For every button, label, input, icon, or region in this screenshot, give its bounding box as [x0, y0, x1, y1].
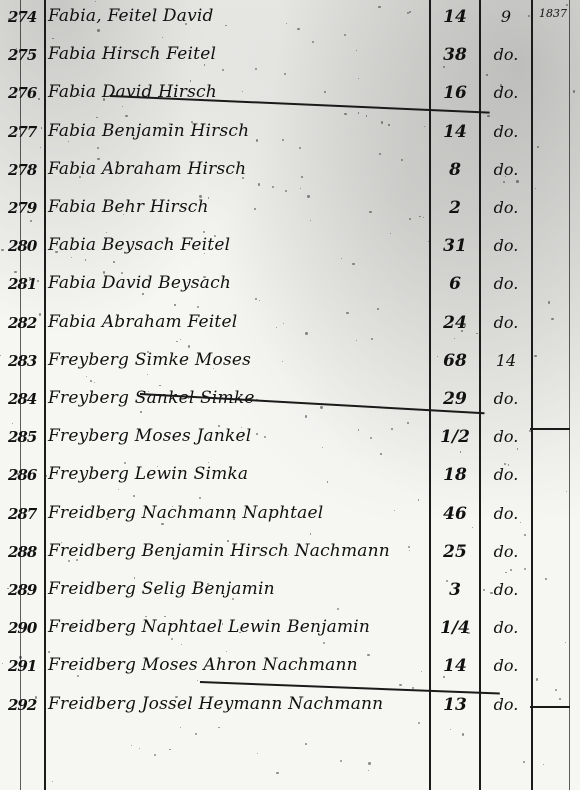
entry-ditto: do. [482, 580, 530, 599]
scan-speck [524, 534, 526, 536]
scan-speck [443, 66, 445, 68]
scan-speck [103, 98, 106, 101]
scan-speck [191, 121, 193, 123]
scan-speck [254, 208, 256, 210]
register-row: 288 Freidberg Benjamin Hirsch Nachmann 2… [0, 539, 580, 576]
scan-speck [204, 64, 205, 65]
scan-speck [113, 261, 115, 263]
entry-age: 13 [432, 695, 478, 715]
scan-speck [258, 183, 261, 186]
entry-number: 280 [8, 237, 44, 255]
scan-speck [486, 74, 488, 76]
entry-name: Freyberg Simke Moses [48, 350, 428, 370]
entry-name: Fabia Hirsch Feitel [48, 44, 428, 64]
register-row: 286 Freyberg Lewin Simka 18 do. [0, 462, 580, 499]
register-row: 280 Fabia Beysach Feitel 31 do. [0, 233, 580, 270]
entry-name: Fabia Behr Hirsch [48, 197, 428, 217]
scan-speck [169, 749, 171, 751]
scan-speck [169, 123, 171, 125]
entry-number: 283 [8, 352, 44, 370]
scan-speck [174, 304, 175, 305]
scan-speck [388, 124, 389, 125]
scan-speck [159, 385, 160, 386]
register-row: 278 Fabia Abraham Hirsch 8 do. [0, 157, 580, 194]
entry-ditto: do. [482, 198, 530, 217]
register-row: 283 Freyberg Simke Moses 68 14 [0, 348, 580, 385]
scan-speck [409, 550, 410, 551]
scan-speck [510, 569, 512, 571]
entry-age: 6 [432, 274, 478, 294]
scan-speck [409, 11, 411, 13]
scan-speck [259, 300, 260, 301]
entry-number: 289 [8, 581, 44, 599]
scan-speck [566, 491, 567, 492]
scan-speck [106, 232, 107, 233]
entry-number: 288 [8, 543, 44, 561]
entry-age: 31 [432, 236, 478, 256]
scan-speck [182, 17, 184, 19]
entry-age: 68 [432, 351, 478, 371]
scan-speck [428, 241, 429, 242]
scan-speck [226, 651, 227, 652]
entry-name: Fabia Beysach Feitel [48, 235, 428, 255]
scan-speck [256, 139, 259, 142]
entry-ditto: do. [482, 427, 530, 446]
scan-speck [227, 540, 228, 541]
scan-speck [257, 753, 258, 754]
register-row: 289 Freidberg Selig Benjamin 3 do. [0, 577, 580, 614]
scan-speck [218, 727, 219, 728]
entry-name: Fabia Abraham Feitel [48, 312, 428, 332]
entry-ditto: do. [482, 695, 530, 714]
entry-ditto: do. [482, 465, 530, 484]
scan-speck [118, 489, 119, 490]
entry-ditto: 9 [482, 7, 530, 26]
entry-age: 2 [432, 198, 478, 218]
scan-speck [450, 729, 451, 730]
scan-speck [548, 301, 550, 303]
scan-speck [367, 654, 370, 657]
entry-name: Fabia Abraham Hirsch [48, 159, 428, 179]
entry-name: Freidberg Moses Ahron Nachmann [48, 655, 428, 675]
remark-tick-291 [530, 706, 570, 708]
scan-speck [487, 115, 489, 117]
register-row: 281 Fabia David Beysach 6 do. [0, 271, 580, 308]
entry-age: 14 [432, 656, 478, 676]
entry-number: 278 [8, 161, 44, 179]
scan-speck [368, 762, 370, 764]
entry-ditto: do. [482, 618, 530, 637]
entry-age: 14 [432, 122, 478, 142]
entry-ditto: do. [482, 504, 530, 523]
entry-ditto: do. [482, 313, 530, 332]
scan-speck [504, 463, 506, 465]
scan-speck [122, 106, 123, 107]
entry-age: 24 [432, 313, 478, 333]
scan-speck [147, 351, 149, 353]
register-page: 274 Fabia, Feitel David 14 9 1837 275 Fa… [0, 0, 580, 790]
scan-speck [369, 211, 371, 213]
entry-name: Freidberg Naphtael Lewin Benjamin [48, 617, 428, 637]
scan-speck [39, 313, 41, 315]
entry-number: 279 [8, 199, 44, 217]
scan-speck [573, 90, 575, 92]
scan-speck [37, 280, 39, 282]
entry-name: Freidberg Selig Benjamin [48, 579, 428, 599]
scan-speck [305, 415, 307, 417]
scan-speck [131, 745, 132, 746]
entry-age: 46 [432, 504, 478, 524]
scan-speck [346, 312, 348, 314]
scan-speck [407, 12, 409, 14]
entry-ditto: do. [482, 542, 530, 561]
scan-speck [307, 195, 309, 197]
scan-speck [380, 453, 382, 455]
register-row: 290 Freidberg Naphtael Lewin Benjamin 1/… [0, 615, 580, 652]
entry-number: 290 [8, 619, 44, 637]
entry-ditto: do. [482, 389, 530, 408]
scan-speck [241, 427, 242, 428]
scan-speck [41, 127, 42, 128]
scan-speck [305, 743, 307, 745]
scan-speck [483, 589, 485, 591]
scan-speck [125, 115, 127, 117]
entry-ditto: do. [482, 45, 530, 64]
register-row: 287 Freidberg Nachmann Naphtael 46 do. [0, 501, 580, 538]
scan-speck [45, 694, 47, 696]
entry-age: 1/2 [432, 427, 478, 447]
scan-speck [337, 608, 339, 610]
entry-age: 3 [432, 580, 478, 600]
scan-speck [523, 761, 525, 763]
scan-speck [529, 430, 531, 432]
entry-ditto: do. [482, 274, 530, 293]
scan-speck [407, 422, 408, 423]
scan-speck [437, 356, 438, 357]
entry-ditto: do. [482, 122, 530, 141]
scan-speck [418, 722, 420, 724]
scan-speck [340, 760, 342, 762]
entry-remark: 1837 [536, 7, 570, 20]
entry-age: 25 [432, 542, 478, 562]
entry-age: 14 [432, 7, 478, 27]
scan-speck [301, 176, 303, 178]
scan-speck [153, 46, 156, 49]
entry-name: Freidberg Jossel Heymann Nachmann [48, 694, 428, 714]
entry-ditto: do. [482, 656, 530, 675]
scan-speck [305, 332, 307, 334]
scan-speck [180, 339, 181, 340]
scan-speck [520, 522, 521, 523]
register-row: 279 Fabia Behr Hirsch 2 do. [0, 195, 580, 232]
scan-speck [320, 406, 322, 408]
scan-speck [55, 251, 57, 253]
scan-speck [401, 159, 403, 161]
scan-speck [185, 23, 187, 25]
scan-speck [97, 29, 99, 31]
entry-number: 287 [8, 505, 44, 523]
scan-speck [543, 764, 544, 765]
scan-speck [187, 282, 188, 283]
entry-name: Freidberg Benjamin Hirsch Nachmann [48, 541, 428, 561]
remark-tick-284 [530, 428, 570, 430]
scan-speck [508, 464, 509, 465]
scan-speck [368, 770, 369, 771]
register-row: 276 Fabia David Hirsch 16 do. [0, 80, 580, 117]
register-row: 275 Fabia Hirsch Feitel 38 do. [0, 42, 580, 79]
scan-speck [139, 748, 140, 749]
scan-speck [95, 1, 96, 2]
register-row: 292 Freidberg Jossel Heymann Nachmann 13… [0, 692, 580, 729]
register-row: 277 Fabia Benjamin Hirsch 14 do. [0, 119, 580, 156]
entry-name: Freyberg Lewin Simka [48, 464, 428, 484]
entry-number: 291 [8, 657, 44, 675]
entry-name: Fabia, Feitel David [48, 6, 428, 26]
scan-speck [467, 632, 469, 634]
scan-speck [276, 772, 279, 775]
entry-number: 284 [8, 390, 44, 408]
entry-ditto: do. [482, 236, 530, 255]
scan-speck [203, 276, 205, 278]
scan-speck [106, 662, 108, 664]
scan-speck [71, 257, 72, 258]
scan-speck [443, 676, 444, 677]
scan-speck [297, 28, 300, 31]
scan-speck [142, 293, 143, 294]
scan-speck [282, 139, 284, 141]
scan-speck [462, 733, 465, 736]
scan-speck [147, 374, 148, 375]
scan-speck [35, 696, 37, 698]
scan-speck [190, 80, 191, 81]
scan-speck [40, 147, 41, 148]
entry-ditto: 14 [482, 351, 530, 370]
register-row: 274 Fabia, Feitel David 14 9 1837 [0, 4, 580, 41]
scan-speck [256, 433, 258, 435]
scan-speck [154, 754, 156, 756]
scan-speck [285, 190, 287, 192]
scan-speck [218, 425, 220, 427]
scan-speck [172, 506, 173, 507]
scan-speck [418, 499, 419, 500]
entry-age: 18 [432, 465, 478, 485]
scan-speck [503, 181, 505, 183]
entry-number: 292 [8, 696, 44, 714]
register-row: 282 Fabia Abraham Feitel 24 do. [0, 310, 580, 347]
entry-age: 8 [432, 160, 478, 180]
scan-speck [1, 249, 4, 252]
scan-speck [195, 733, 197, 735]
scan-speck [559, 698, 561, 700]
entry-number: 277 [8, 123, 44, 141]
entry-number: 281 [8, 275, 44, 293]
scan-speck [61, 319, 63, 321]
entry-number: 285 [8, 428, 44, 446]
register-row: 284 Freyberg Sankel Simke 29 do. [0, 386, 580, 423]
scan-speck [324, 91, 326, 93]
entry-name: Fabia David Beysach [48, 273, 428, 293]
scan-speck [537, 146, 539, 148]
scan-speck [72, 625, 74, 627]
entry-number: 274 [8, 8, 44, 26]
scan-speck [8, 18, 11, 21]
scan-speck [17, 473, 18, 474]
entry-number: 275 [8, 46, 44, 64]
scan-speck [399, 684, 401, 686]
scan-speck [516, 180, 519, 183]
entry-ditto: do. [482, 83, 530, 102]
scan-speck [545, 578, 547, 580]
scan-speck [29, 277, 30, 278]
scan-speck [222, 69, 224, 71]
scan-speck [133, 495, 135, 497]
scan-speck [207, 583, 209, 585]
entry-age: 29 [432, 389, 478, 409]
scan-speck [61, 542, 63, 544]
scan-speck [140, 411, 141, 412]
scan-speck [19, 656, 21, 658]
scan-speck [536, 678, 539, 681]
scan-speck [199, 195, 201, 197]
scan-speck [255, 298, 257, 300]
register-row: 285 Freyberg Moses Jankel 1/2 do. [0, 424, 580, 461]
scan-speck [379, 153, 381, 155]
entry-name: Fabia Benjamin Hirsch [48, 121, 428, 141]
scan-speck [50, 318, 52, 320]
scan-speck [30, 220, 32, 222]
scan-speck [171, 638, 173, 640]
scan-speck [153, 19, 155, 21]
scan-speck [106, 518, 108, 520]
scan-speck [208, 462, 209, 463]
entry-name: Freidberg Nachmann Naphtael [48, 503, 428, 523]
scan-speck [176, 341, 177, 342]
scan-speck [52, 781, 54, 783]
scan-speck [534, 355, 536, 357]
entry-age: 1/4 [432, 618, 478, 638]
scan-speck [76, 559, 78, 561]
entry-number: 286 [8, 466, 44, 484]
entry-number: 282 [8, 314, 44, 332]
scan-speck [97, 158, 99, 160]
entry-age: 16 [432, 83, 478, 103]
scan-speck [233, 518, 235, 520]
entry-age: 38 [432, 45, 478, 65]
